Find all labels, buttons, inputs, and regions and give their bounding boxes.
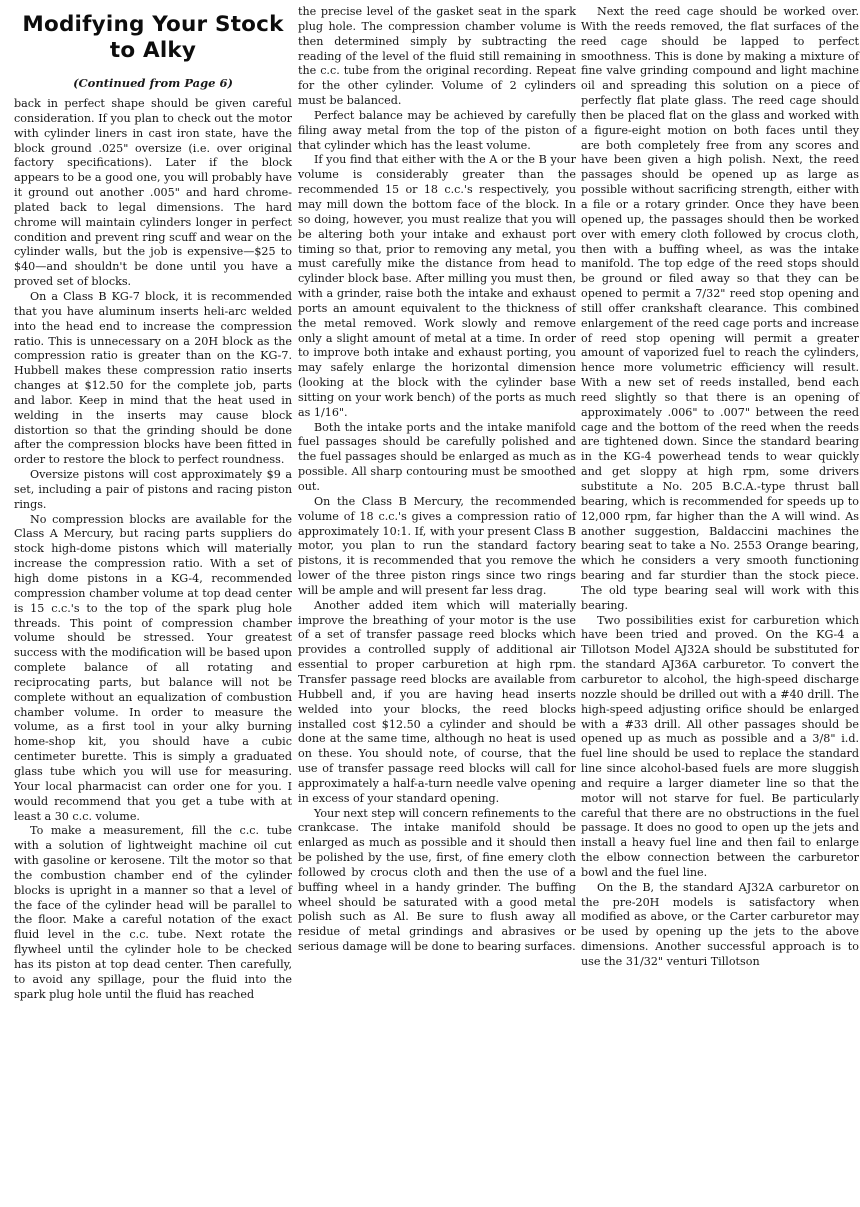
paragraph: Two possibilities exist for carburetion …: [581, 614, 859, 881]
continued-note: (Continued from Page 6): [14, 76, 292, 91]
column-3: Next the reed cage should be worked over…: [581, 0, 859, 970]
paragraph: On the B, the standard AJ32A carburetor …: [581, 881, 859, 970]
paragraph: If you find that either with the A or th…: [298, 153, 576, 420]
column-1: Modifying Your Stock to Alky (Continued …: [14, 0, 292, 1002]
headline-line-1: Modifying Your Stock: [14, 12, 292, 38]
paragraph: No compression blocks are available for …: [14, 513, 292, 825]
paragraph: the precise level of the gasket seat in …: [298, 5, 576, 109]
paragraph: back in perfect shape should be given ca…: [14, 97, 292, 290]
paragraph: Another added item which will materially…: [298, 599, 576, 807]
article-headline: Modifying Your Stock to Alky: [14, 12, 292, 64]
paragraph: Next the reed cage should be worked over…: [581, 5, 859, 614]
headline-line-2: to Alky: [14, 38, 292, 64]
paragraph: On the Class B Mercury, the recommended …: [298, 495, 576, 599]
column-2: the precise level of the gasket seat in …: [298, 0, 576, 955]
magazine-page: Modifying Your Stock to Alky (Continued …: [0, 0, 860, 1207]
paragraph: Oversize pistons will cost approximately…: [14, 468, 292, 513]
paragraph: Your next step will concern refinements …: [298, 807, 576, 955]
paragraph: On a Class B KG-7 block, it is recommend…: [14, 290, 292, 468]
paragraph: Perfect balance may be achieved by caref…: [298, 109, 576, 154]
paragraph: To make a measurement, fill the c.c. tub…: [14, 824, 292, 1002]
paragraph: Both the intake ports and the intake man…: [298, 421, 576, 495]
